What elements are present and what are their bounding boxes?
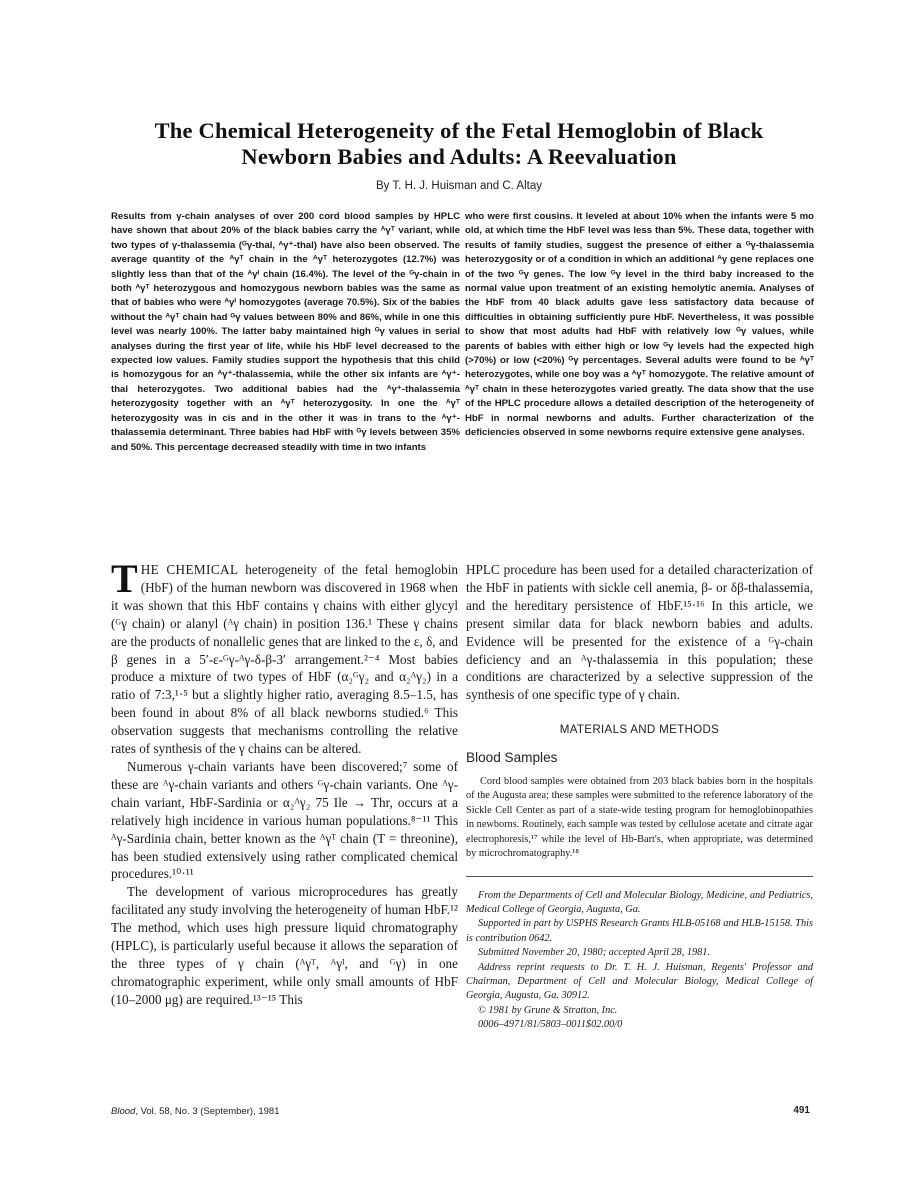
microprocedures-paragraph: The development of various microprocedur… (111, 883, 458, 1008)
subsection-heading-blood-samples: Blood Samples (466, 749, 813, 767)
footnote-copyright: © 1981 by Grune & Stratton, Inc. (466, 1004, 813, 1018)
title-line-1: The Chemical Heterogeneity of the Fetal … (100, 118, 818, 144)
hplc-paragraph: HPLC procedure has been used for a detai… (466, 561, 813, 704)
variants-paragraph: Numerous γ-chain variants have been disc… (111, 758, 458, 883)
author-byline: By T. H. J. Huisman and C. Altay (100, 180, 818, 192)
footnote-divider (466, 876, 813, 877)
journal-volume: , Vol. 58, No. 3 (September), 1981 (135, 1106, 279, 1117)
footnote-funding: Supported in part by USPHS Research Gran… (466, 917, 813, 946)
footnotes: From the Departments of Cell and Molecul… (466, 889, 813, 1033)
article-title: The Chemical Heterogeneity of the Fetal … (100, 118, 818, 170)
footnote-affiliation: From the Departments of Cell and Molecul… (466, 889, 813, 918)
footnote-code: 0006–4971/81/5803–0011$02.00/0 (466, 1018, 813, 1032)
abstract-text-right: who were first cousins. It leveled at ab… (465, 210, 814, 441)
journal-name: Blood (111, 1106, 135, 1117)
title-line-2: Newborn Babies and Adults: A Reevaluatio… (100, 144, 818, 170)
body-column-left: THE CHEMICAL heterogeneity of the fetal … (111, 561, 458, 1009)
intro-lead-in: HE CHEMICAL (141, 562, 239, 577)
journal-citation: Blood, Vol. 58, No. 3 (September), 1981 (111, 1106, 279, 1117)
blood-samples-paragraph: Cord blood samples were obtained from 20… (466, 775, 813, 861)
abstract-text-left: Results from γ-chain analyses of over 20… (111, 210, 460, 455)
intro-paragraph: THE CHEMICAL heterogeneity of the fetal … (111, 561, 458, 758)
drop-cap: T (111, 563, 138, 595)
intro-text: heterogeneity of the fetal hemoglobin (H… (111, 562, 458, 756)
section-heading-materials-methods: MATERIALS AND METHODS (466, 721, 813, 739)
footnote-reprints: Address reprint requests to Dr. T. H. J.… (466, 961, 813, 1004)
abstract-column-left: Results from γ-chain analyses of over 20… (111, 210, 460, 455)
page-number: 491 (770, 1105, 810, 1116)
abstract-column-right: who were first cousins. It leveled at ab… (465, 210, 814, 441)
body-column-right: HPLC procedure has been used for a detai… (466, 561, 813, 1033)
footnote-dates: Submitted November 20, 1980; accepted Ap… (466, 946, 813, 960)
